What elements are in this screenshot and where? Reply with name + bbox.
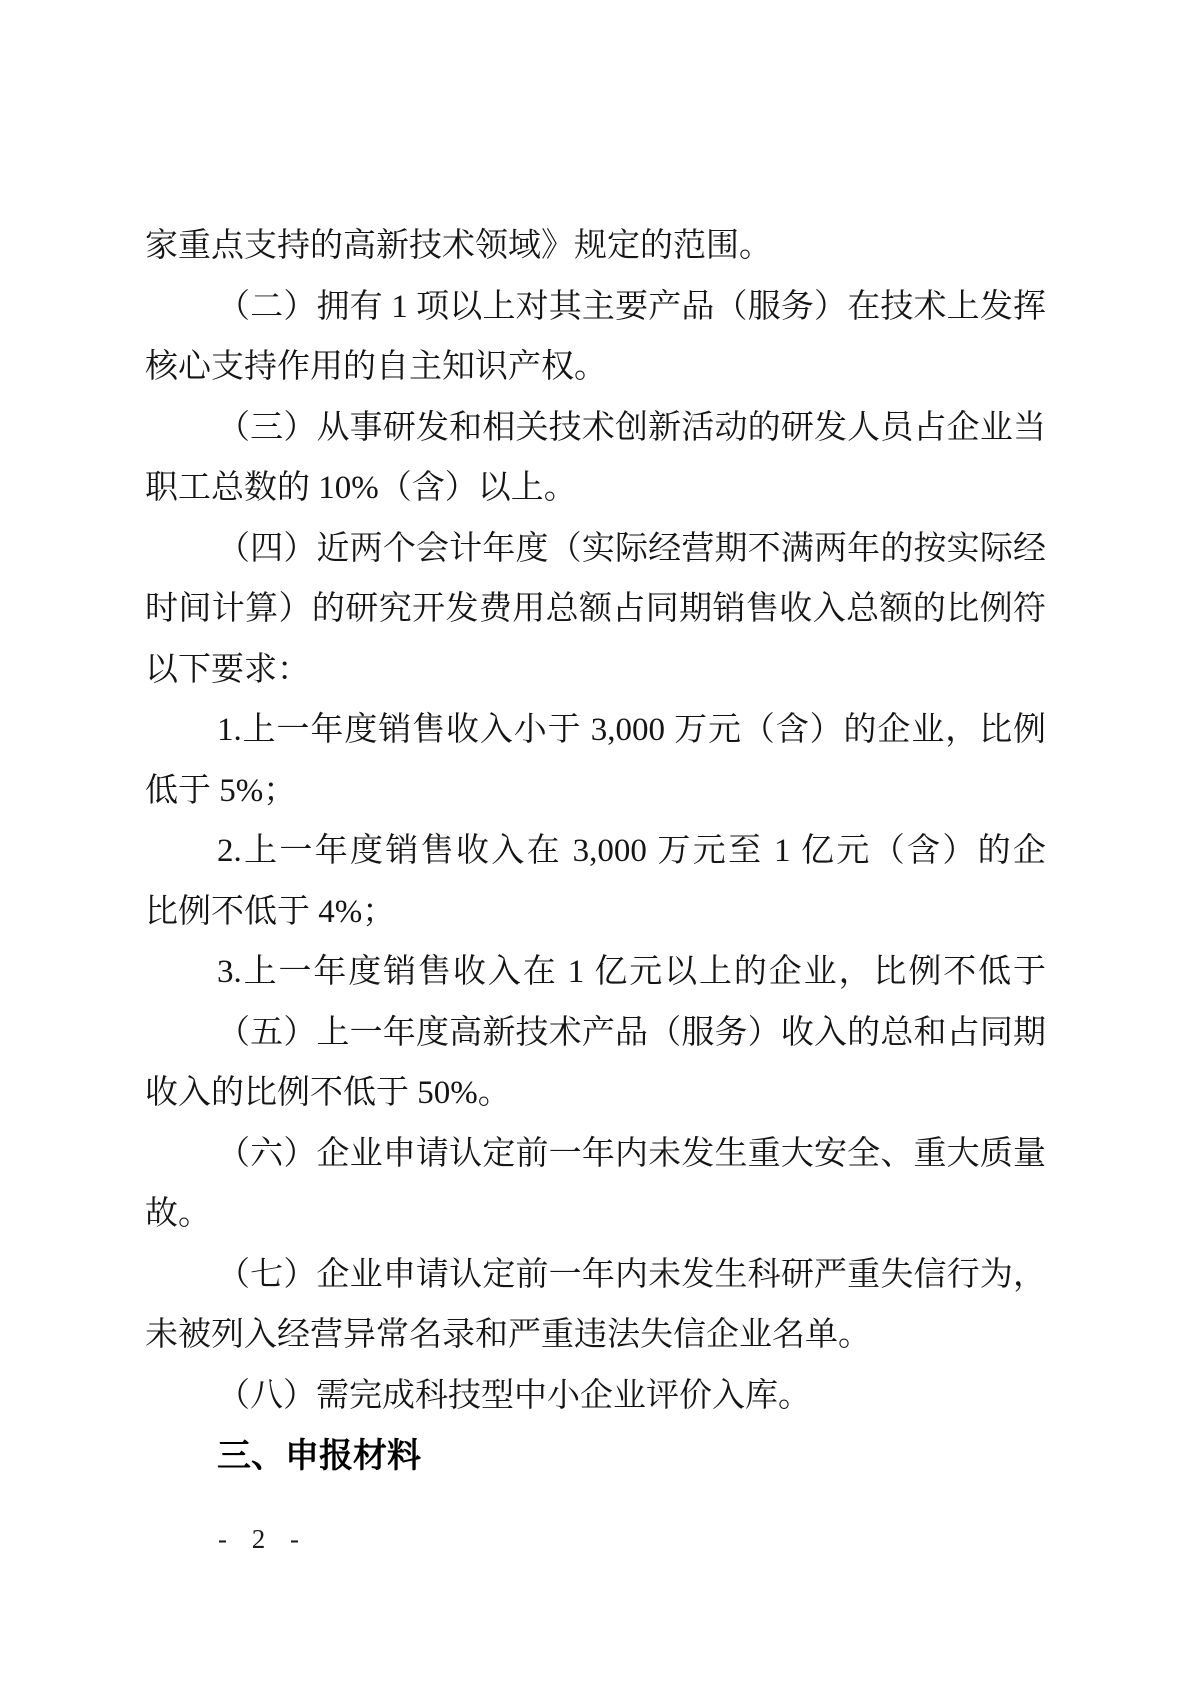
text-line: 核心支持作用的自主知识产权。	[145, 337, 1046, 398]
text-line: 1.上一年度销售收入小于 3,000 万元（含）的企业，比例不	[145, 700, 1046, 761]
text-line: 以下要求：	[145, 640, 1046, 701]
page-number: - 2 -	[218, 1524, 308, 1554]
document-body: 家重点支持的高新技术领域》规定的范围。（二）拥有 1 项以上对其主要产品（服务）…	[145, 216, 1046, 1487]
text-line: （四）近两个会计年度（实际经营期不满两年的按实际经营	[145, 519, 1046, 580]
document-page: 家重点支持的高新技术领域》规定的范围。（二）拥有 1 项以上对其主要产品（服务）…	[0, 0, 1199, 1696]
text-line: （六）企业申请认定前一年内未发生重大安全、重大质量事	[145, 1124, 1046, 1185]
text-line: （三）从事研发和相关技术创新活动的研发人员占企业当年	[145, 398, 1046, 459]
text-line: （八）需完成科技型中小企业评价入库。	[145, 1366, 1046, 1427]
text-line: 故。	[145, 1184, 1046, 1245]
section-heading: 三、申报材料	[145, 1426, 1046, 1487]
text-line: 未被列入经营异常名录和严重违法失信企业名单。	[145, 1305, 1046, 1366]
text-line: （七）企业申请认定前一年内未发生科研严重失信行为，且	[145, 1245, 1046, 1306]
text-line: 职工总数的 10%（含）以上。	[145, 458, 1046, 519]
text-line: 2.上一年度销售收入在 3,000 万元至 1 亿元（含）的企业，	[145, 821, 1046, 882]
text-line: 家重点支持的高新技术领域》规定的范围。	[145, 216, 1046, 277]
text-line: 3.上一年度销售收入在 1 亿元以上的企业，比例不低于 3%。	[145, 942, 1046, 1003]
text-line: 收入的比例不低于 50%。	[145, 1063, 1046, 1124]
text-line: 比例不低于 4%；	[145, 882, 1046, 943]
text-line: （五）上一年度高新技术产品（服务）收入的总和占同期总	[145, 1003, 1046, 1064]
page-footer: - 2 -	[0, 1524, 1199, 1564]
text-line: 低于 5%；	[145, 761, 1046, 822]
text-line: 时间计算）的研究开发费用总额占同期销售收入总额的比例符合	[145, 579, 1046, 640]
text-line: （二）拥有 1 项以上对其主要产品（服务）在技术上发挥	[145, 277, 1046, 338]
